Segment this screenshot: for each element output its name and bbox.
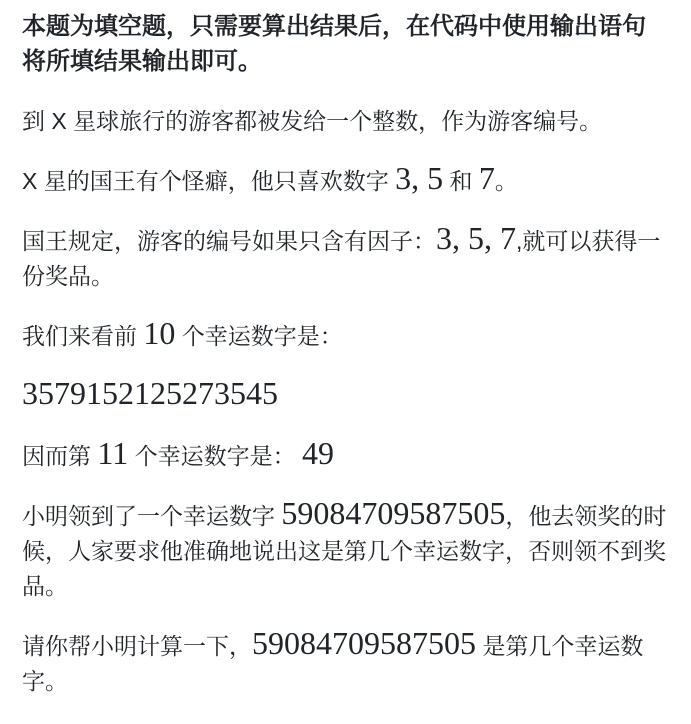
paragraph: 请你帮小明计算一下，59084709587505 是第几个幸运数字。 (22, 629, 669, 699)
text-segment: 请你帮小明计算一下， (22, 633, 252, 659)
text-segment: 我们来看前 (22, 323, 143, 349)
text-segment: 小明领到了一个幸运数字 (22, 503, 281, 529)
paragraph: 国王规定，游客的编号如果只含有因子：3, 5, 7,就可以获得一份奖品。 (22, 224, 669, 294)
text-segment: 国王规定，游客的编号如果只含有因子： (22, 228, 436, 254)
math-number: 7 (479, 160, 495, 196)
text-segment: 本题为填空题，只需要算出结果后，在代码中使用输出语句将所填结果输出即可。 (22, 13, 646, 75)
math-number: 59084709587505 (281, 495, 505, 531)
math-number: 3, 5 (395, 160, 443, 196)
math-number: 3, 5, 7 (436, 220, 516, 256)
paragraph: X 星的国王有个怪癖，他只喜欢数字 3, 5 和 7。 (22, 164, 669, 199)
paragraph: 因而第 11 个幸运数字是： 49 (22, 439, 669, 474)
math-number: 3579152125273545 (22, 375, 278, 411)
paragraph: 我们来看前 10 个幸运数字是： (22, 319, 669, 354)
text-segment: 因而第 (22, 443, 97, 469)
text-segment: 个幸运数字是： (128, 443, 302, 469)
text-segment: 。 (495, 168, 518, 194)
math-number: 10 (143, 315, 175, 351)
text-segment: 个幸运数字是： (175, 323, 342, 349)
math-number: 59084709587505 (252, 625, 476, 661)
math-number: 11 (97, 435, 128, 471)
problem-statement: 本题为填空题，只需要算出结果后，在代码中使用输出语句将所填结果输出即可。 到 X… (0, 0, 691, 724)
paragraph: 3579152125273545 (22, 379, 669, 414)
text-segment: X 星的国王有个怪癖，他只喜欢数字 (22, 168, 395, 194)
paragraph: 到 X 星球旅行的游客都被发给一个整数，作为游客编号。 (22, 104, 669, 139)
problem-heading: 本题为填空题，只需要算出结果后，在代码中使用输出语句将所填结果输出即可。 (22, 9, 669, 79)
text-segment: 和 (443, 168, 479, 194)
math-number: 49 (302, 435, 334, 471)
paragraph: 小明领到了一个幸运数字 59084709587505，他去领奖的时候，人家要求他… (22, 499, 669, 604)
text-segment: 到 X 星球旅行的游客都被发给一个整数，作为游客编号。 (22, 108, 602, 134)
